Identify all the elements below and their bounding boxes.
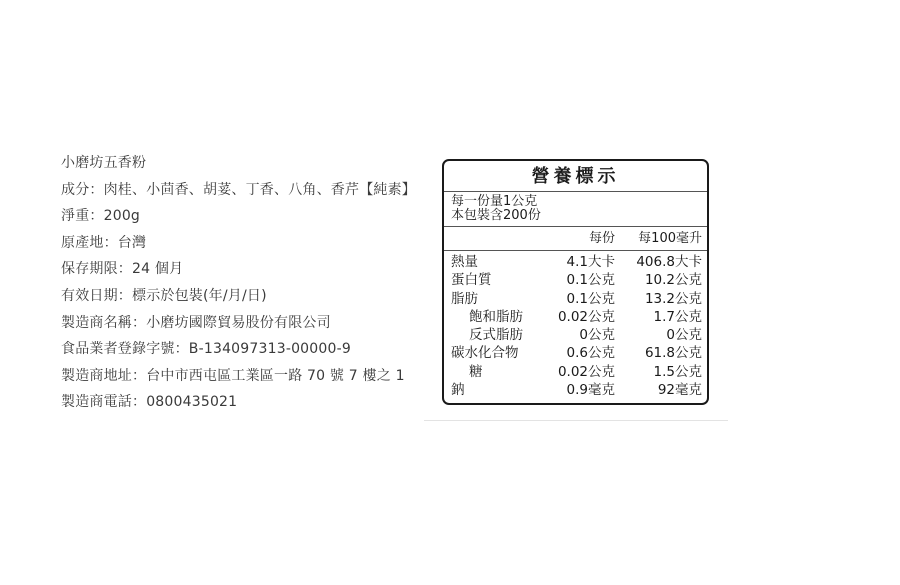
- product-info-list: 小磨坊五香粉 成分：肉桂、小茴香、胡荽、丁香、八角、香芹【純素】 淨重：200g…: [61, 150, 416, 416]
- manufacturer-name: 製造商名稱：小磨坊國際貿易股份有限公司: [61, 310, 416, 337]
- nutrient-per-100: 13.2公克: [615, 290, 702, 308]
- header-per-100: 每100毫升: [615, 227, 702, 250]
- serving-size: 每一份量1公克: [451, 195, 707, 209]
- nutrient-name: 熱量: [444, 253, 542, 271]
- nutrient-name: 碳水化合物: [444, 344, 542, 362]
- nutrient-row-sugar: 糖 0.02公克 1.5公克: [444, 363, 707, 381]
- food-business-registration: 食品業者登錄字號：B-134097313-00000-9: [61, 336, 416, 363]
- nutrient-name: 脂肪: [444, 290, 542, 308]
- nutrient-per-serving: 0.9毫克: [542, 381, 615, 399]
- nutrition-label-title: 營養標示: [444, 161, 707, 192]
- nutrient-per-serving: 4.1大卡: [542, 253, 615, 271]
- shelf-life: 保存期限：24 個月: [61, 256, 416, 283]
- net-weight: 淨重：200g: [61, 203, 416, 230]
- nutrient-row-fat: 脂肪 0.1公克 13.2公克: [444, 290, 707, 308]
- nutrient-name: 反式脂肪: [444, 326, 542, 344]
- nutrient-per-100: 10.2公克: [615, 271, 702, 289]
- nutrient-per-100: 61.8公克: [615, 344, 702, 362]
- nutrient-per-serving: 0.6公克: [542, 344, 615, 362]
- servings-per-package: 本包裝含200份: [451, 209, 707, 223]
- ingredients: 成分：肉桂、小茴香、胡荽、丁香、八角、香芹【純素】: [61, 177, 416, 204]
- nutrition-facts-label: 營養標示 每一份量1公克 本包裝含200份 每份 每100毫升 熱量 4.1大卡…: [442, 159, 709, 405]
- section-divider: [424, 420, 728, 421]
- nutrient-per-100: 92毫克: [615, 381, 702, 399]
- nutrient-name: 飽和脂肪: [444, 308, 542, 326]
- nutrient-per-100: 1.7公克: [615, 308, 702, 326]
- expiry-date: 有效日期：標示於包裝(年/月/日): [61, 283, 416, 310]
- nutrient-row-protein: 蛋白質 0.1公克 10.2公克: [444, 271, 707, 289]
- manufacturer-address: 製造商地址：台中市西屯區工業區一路 70 號 7 樓之 1: [61, 363, 416, 390]
- nutrient-name: 鈉: [444, 381, 542, 399]
- nutrient-row-trans-fat: 反式脂肪 0公克 0公克: [444, 326, 707, 344]
- nutrient-per-serving: 0公克: [542, 326, 615, 344]
- nutrient-row-saturated-fat: 飽和脂肪 0.02公克 1.7公克: [444, 308, 707, 326]
- header-name: [444, 227, 542, 250]
- nutrient-row-calories: 熱量 4.1大卡 406.8大卡: [444, 253, 707, 271]
- nutrition-table-header: 每份 每100毫升: [444, 227, 707, 251]
- nutrient-name: 蛋白質: [444, 271, 542, 289]
- nutrient-per-100: 0公克: [615, 326, 702, 344]
- nutrient-per-100: 1.5公克: [615, 363, 702, 381]
- nutrient-per-serving: 0.1公克: [542, 271, 615, 289]
- product-name: 小磨坊五香粉: [61, 150, 416, 177]
- nutrient-row-carbohydrate: 碳水化合物 0.6公克 61.8公克: [444, 344, 707, 362]
- nutrient-row-sodium: 鈉 0.9毫克 92毫克: [444, 381, 707, 399]
- nutrient-per-serving: 0.02公克: [542, 308, 615, 326]
- nutrition-table-body: 熱量 4.1大卡 406.8大卡 蛋白質 0.1公克 10.2公克 脂肪 0.1…: [444, 251, 707, 399]
- nutrient-name: 糖: [444, 363, 542, 381]
- nutrient-per-serving: 0.1公克: [542, 290, 615, 308]
- nutrient-per-100: 406.8大卡: [615, 253, 702, 271]
- nutrient-per-serving: 0.02公克: [542, 363, 615, 381]
- header-per-serving: 每份: [542, 227, 615, 250]
- origin: 原產地：台灣: [61, 230, 416, 257]
- serving-info: 每一份量1公克 本包裝含200份: [444, 192, 707, 227]
- manufacturer-phone: 製造商電話：0800435021: [61, 389, 416, 416]
